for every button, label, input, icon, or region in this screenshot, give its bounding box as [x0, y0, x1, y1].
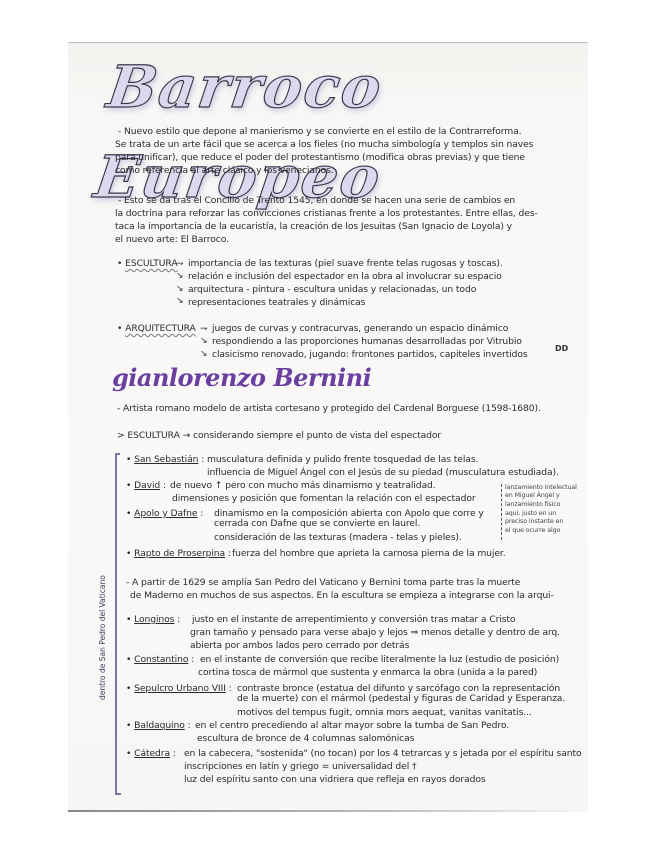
- work-entry: • Constantino :: [126, 654, 194, 666]
- work-entry: • Rapto de Proserpina :: [126, 548, 231, 560]
- work-line: motivos del tempus fugit, omnia mors aeq…: [237, 707, 532, 719]
- work-line: fuerza del hombre que aprieta la carnosa…: [232, 548, 506, 560]
- arquitectura-label: ARQUITECTURA: [125, 323, 196, 334]
- side-note-line: en Miguel Ángel y: [505, 492, 560, 500]
- arquitectura-bullet: • ARQUITECTURA: [117, 323, 196, 335]
- work-line: abierta por ambos lados pero cerrado por…: [190, 640, 409, 652]
- side-note-line: preciso instante en: [505, 518, 563, 526]
- work-name: David: [134, 480, 160, 491]
- intro-line: como referencia al arte clásico y los ve…: [115, 165, 334, 177]
- vertical-margin-label: dentro de San Pedro del Vaticano: [98, 575, 107, 700]
- work-name: Rapto de Proserpina: [134, 548, 225, 559]
- work-line: escultura de bronce de 4 columnas salomó…: [197, 733, 414, 745]
- work-name: Cátedra: [134, 748, 170, 759]
- work-entry: • Cátedra :: [126, 748, 176, 760]
- escultura-item: arquitectura - pintura - escultura unida…: [188, 284, 476, 296]
- work-entry: • San Sebastián :: [126, 454, 204, 466]
- escultura-label: ESCULTURA: [125, 258, 177, 269]
- section-heading-bernini: gianlorenzo Bernini: [112, 363, 371, 392]
- bernini-bio: - Artista romano modelo de artista corte…: [117, 403, 541, 415]
- work-line: de la muerte) con el mármol (pedestal y …: [237, 693, 565, 705]
- work-line: consideración de las texturas (madera - …: [214, 532, 462, 544]
- work-line: gran tamaño y pensado para verse abajo y…: [190, 627, 560, 639]
- page-edge: [68, 810, 588, 812]
- escultura-bullet: • ESCULTURA: [117, 258, 178, 270]
- vaticano-line: - A partir de 1629 se amplía San Pedro d…: [126, 577, 520, 589]
- work-line: cerrada con Dafne que se convierte en la…: [214, 518, 420, 530]
- section-bracket-top: [115, 453, 120, 455]
- work-entry: • Apolo y Dafne :: [126, 508, 203, 520]
- arquitectura-item: respondiendo a las proporciones humanas …: [212, 336, 522, 348]
- vaticano-line: de Maderno en muchos de sus aspectos. En…: [130, 590, 554, 602]
- work-line: inscripciones en latín y griego = univer…: [184, 761, 416, 773]
- work-entry: • Longinos :: [126, 614, 180, 626]
- side-note-line: lanzamiento intelectual: [505, 484, 577, 492]
- intro-line: - Nuevo estilo que depone al manierismo …: [118, 126, 521, 138]
- escultura-item: representaciones teatrales y dinámicas: [188, 297, 365, 309]
- work-line: influencia de Miguel Ángel con el Jesús …: [207, 467, 559, 479]
- branch-arrows-icon: ⇁↘↘↘: [176, 258, 184, 307]
- arquitectura-item: clasicismo renovado, jugando: frontones …: [212, 349, 528, 361]
- branch-arrows-icon: ⇁↘↘: [200, 323, 208, 360]
- work-line: cortina tosca de mármol que sustenta y e…: [198, 667, 537, 679]
- side-note-line: el que ocurre algo: [505, 527, 560, 535]
- intro-line: para unificar), que reduce el poder del …: [115, 152, 525, 164]
- work-line: en el instante de conversión que recibe …: [200, 654, 559, 666]
- side-note-line: aquí, justo en un: [505, 510, 556, 518]
- work-entry: • Sepulcro Urbano VIII :: [126, 683, 232, 695]
- work-name: Sepulcro Urbano VIII: [134, 683, 226, 694]
- intro-line: el nuevo arte: El Barroco.: [115, 234, 229, 246]
- work-name: Apolo y Dafne: [134, 508, 197, 519]
- side-note-bracket: [501, 484, 502, 540]
- bernini-escultura-line: > ESCULTURA → considerando siempre el pu…: [117, 430, 441, 442]
- work-line: musculatura definida y pulido frente tos…: [207, 454, 478, 466]
- work-entry: • Baldaquino :: [126, 720, 191, 732]
- escultura-item: relación e inclusión del espectador en l…: [188, 271, 502, 283]
- work-name: Longinos: [134, 614, 174, 625]
- work-name: Baldaquino: [134, 720, 185, 731]
- intro-line: - Esto se da tras el Concilio de Trento …: [118, 195, 515, 207]
- work-name: San Sebastián: [134, 454, 198, 465]
- work-line: en la cabecera, "sostenida" (no tocan) p…: [184, 748, 582, 760]
- side-note-line: lanzamiento físico: [505, 501, 560, 509]
- page-title: Barroco Europeo: [102, 42, 555, 132]
- margin-mark: DD: [555, 345, 568, 352]
- section-bracket-bottom: [115, 793, 121, 795]
- intro-line: taca la importancia de la eucaristía, la…: [115, 221, 512, 233]
- work-line: de nuevo ↑ pero con mucho más dinamismo …: [170, 480, 436, 492]
- escultura-item: importancia de las texturas (piel suave …: [188, 258, 503, 270]
- section-bracket: [115, 453, 117, 795]
- work-line: dimensiones y posición que fomentan la r…: [172, 493, 476, 505]
- intro-line: Se trata de un arte fácil que se acerca …: [115, 139, 533, 151]
- arquitectura-item: juegos de curvas y contracurvas, generan…: [212, 323, 508, 335]
- work-line: justo en el instante de arrepentimiento …: [192, 614, 515, 626]
- work-name: Constantino: [134, 654, 188, 665]
- work-entry: • David :: [126, 480, 166, 492]
- work-line: luz del espíritu santo con una vidriera …: [184, 774, 486, 786]
- intro-line: la doctrina para reforzar las conviccion…: [115, 208, 538, 220]
- work-line: en el centro precediendo al altar mayor …: [195, 720, 509, 732]
